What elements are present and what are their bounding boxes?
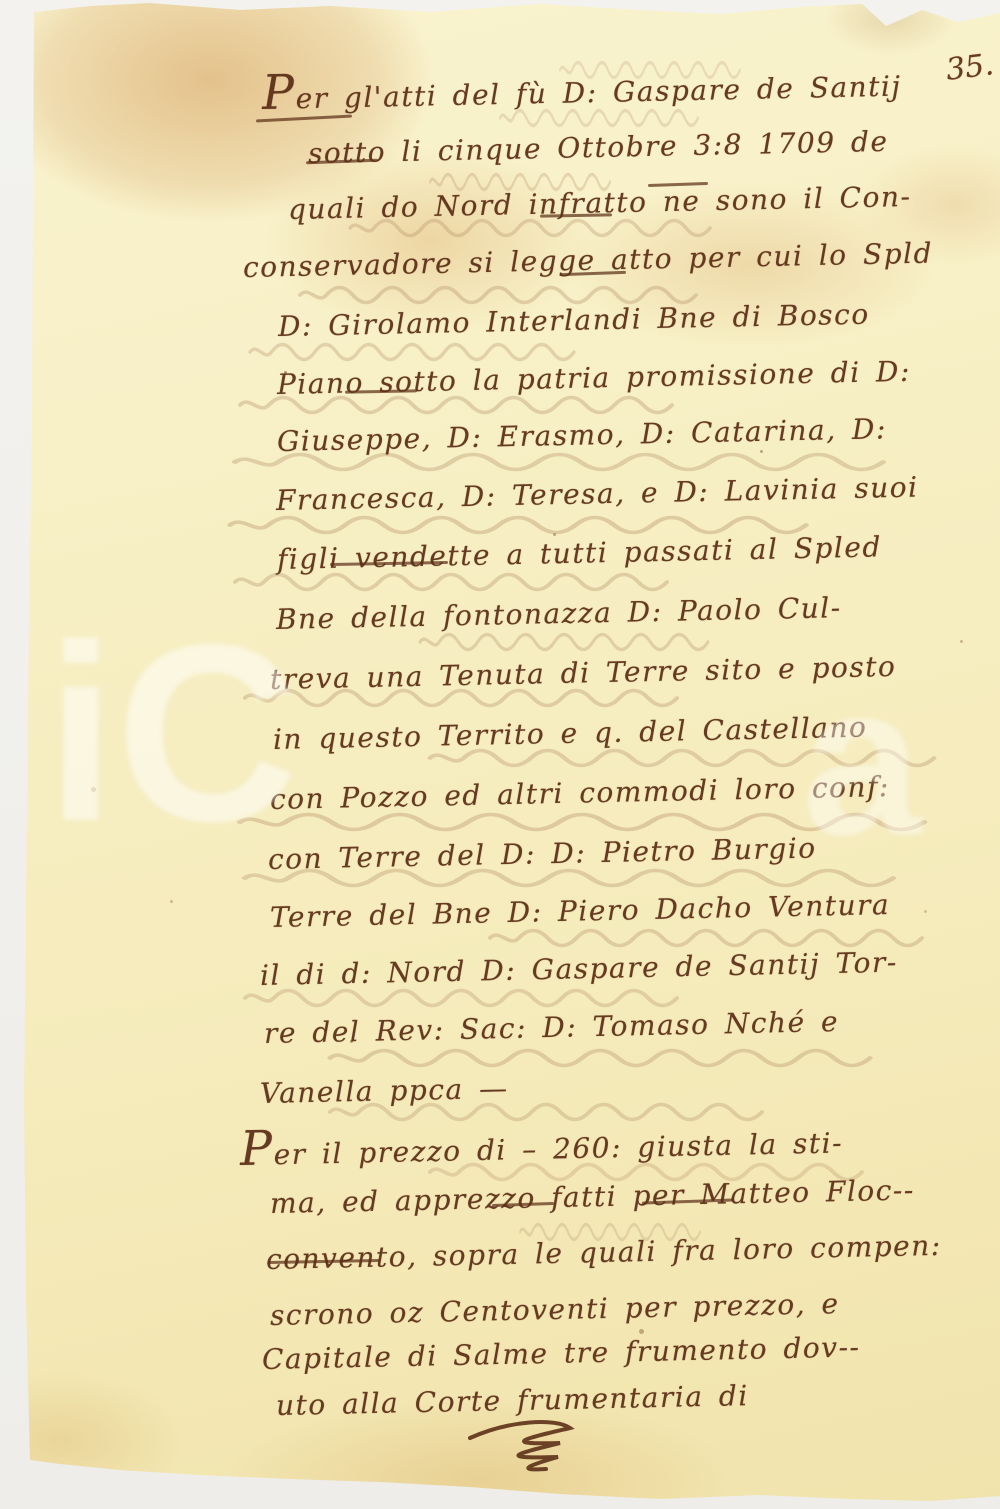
manuscript-line: Vanella ppca — <box>260 1075 509 1108</box>
page-number: 35. <box>944 47 996 88</box>
manuscript-page <box>0 0 1000 1509</box>
